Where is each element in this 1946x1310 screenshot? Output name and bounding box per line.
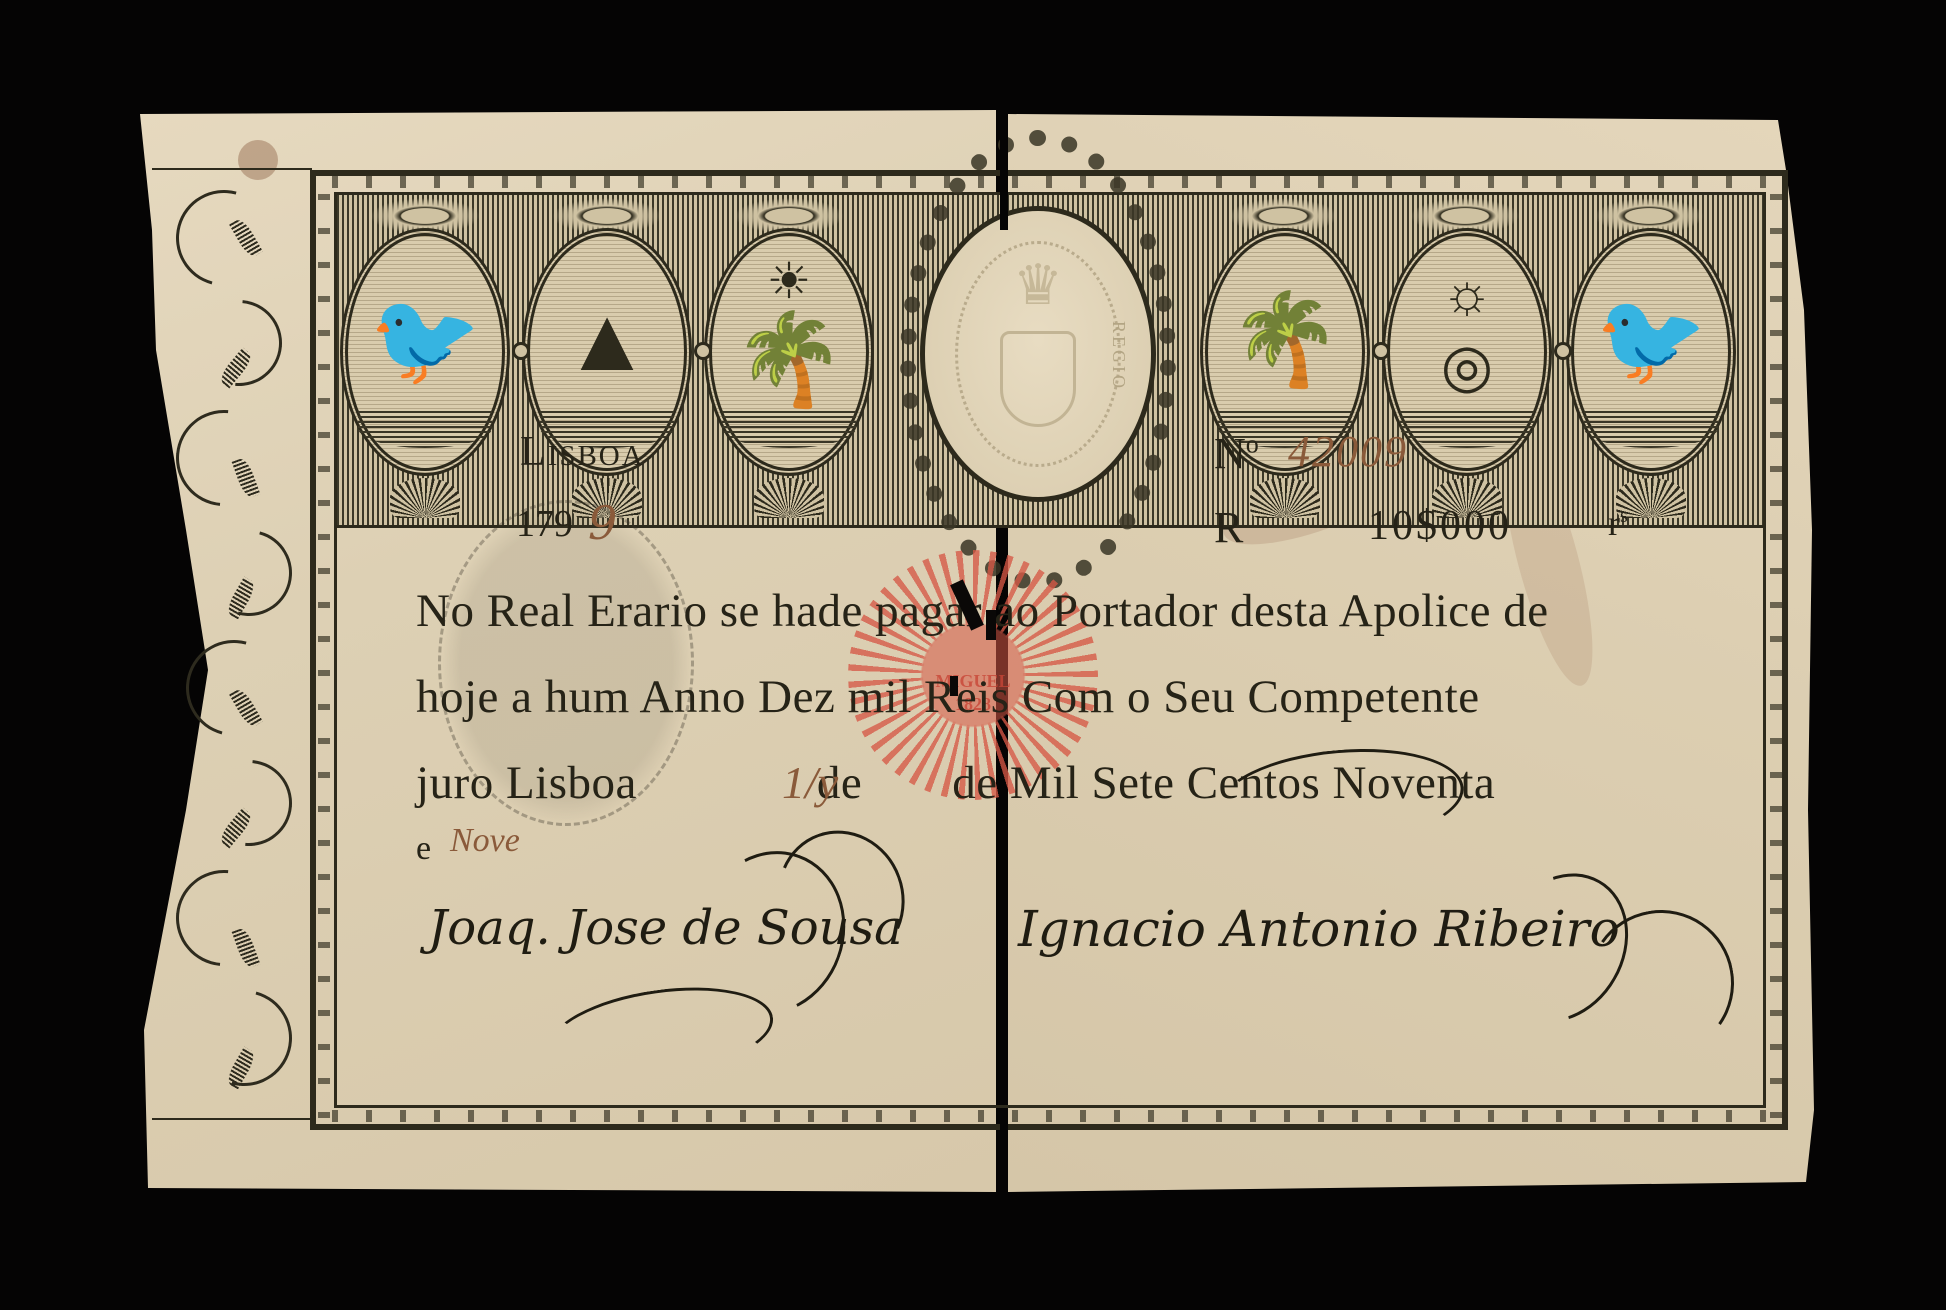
banknote: 🐦 ▲ ☀ 🌴 🌴 ☼ ◎ 🐦 ♛ REGIO bbox=[138, 110, 1820, 1192]
vertical-tear bbox=[1000, 110, 1008, 230]
shell-ornament bbox=[1250, 478, 1320, 518]
number-label: No bbox=[1214, 428, 1259, 479]
embossed-royal-seal: ♛ REGIO bbox=[920, 206, 1156, 502]
strip-rule-bottom bbox=[152, 1118, 312, 1120]
rosette-ornament bbox=[512, 342, 530, 360]
year-handwritten-digit: 9 bbox=[588, 496, 617, 550]
seal-legend: REGIO bbox=[1108, 321, 1129, 391]
city-header: Lisboa bbox=[520, 428, 645, 476]
shield-icon bbox=[1000, 331, 1076, 427]
obelisk-icon: ▲ bbox=[530, 296, 684, 386]
shell-ornament bbox=[754, 478, 824, 518]
rosette-ornament bbox=[694, 342, 712, 360]
value-unit: rs bbox=[1608, 502, 1628, 544]
closing-handwritten: Nove bbox=[450, 822, 520, 860]
shell-ornament bbox=[390, 478, 460, 518]
ink-hole bbox=[986, 610, 996, 640]
mirror-icon: ◎ bbox=[1390, 336, 1544, 396]
body-line-2: hoje a hum Anno Dez mil Reis Com o Seu C… bbox=[416, 670, 1480, 724]
day-handwritten: 1/y bbox=[782, 756, 838, 809]
vertical-tear bbox=[1000, 1120, 1008, 1192]
value-prefix: R bbox=[1214, 502, 1243, 553]
vignette-sun-palm: ☀ 🌴 bbox=[704, 228, 874, 476]
serial-number: 42009 bbox=[1288, 426, 1408, 477]
vignette-bird-on-tree: 🐦 bbox=[340, 228, 510, 476]
vine-border-left bbox=[318, 180, 330, 1120]
vine-border-bottom bbox=[318, 1110, 1780, 1122]
vignette-birds-on-branch: 🐦 bbox=[1566, 228, 1736, 476]
left-ornamental-strip bbox=[166, 170, 306, 1130]
year-printed: 179 bbox=[516, 502, 573, 546]
sun-rays-icon: ☼ bbox=[1390, 266, 1544, 322]
palm-tree-icon: 🌴 bbox=[1208, 296, 1362, 386]
crown-icon: ♛ bbox=[1013, 253, 1063, 318]
vine-border-right bbox=[1770, 180, 1782, 1120]
palm-tree-icon: 🌴 bbox=[712, 316, 866, 406]
value-amount: 10$000 bbox=[1368, 502, 1512, 550]
sun-icon: ☀ bbox=[712, 256, 866, 306]
ink-hole bbox=[950, 676, 958, 696]
rosette-ornament bbox=[1554, 342, 1572, 360]
body-line-1: No Real Erario se hade pagar ao Portador… bbox=[416, 584, 1549, 638]
rosette-ornament bbox=[1372, 342, 1390, 360]
birds-icon: 🐦 bbox=[1574, 296, 1728, 386]
closing-word: e bbox=[416, 830, 431, 868]
bird-icon: 🐦 bbox=[348, 296, 502, 386]
strip-rule-top bbox=[152, 168, 312, 170]
